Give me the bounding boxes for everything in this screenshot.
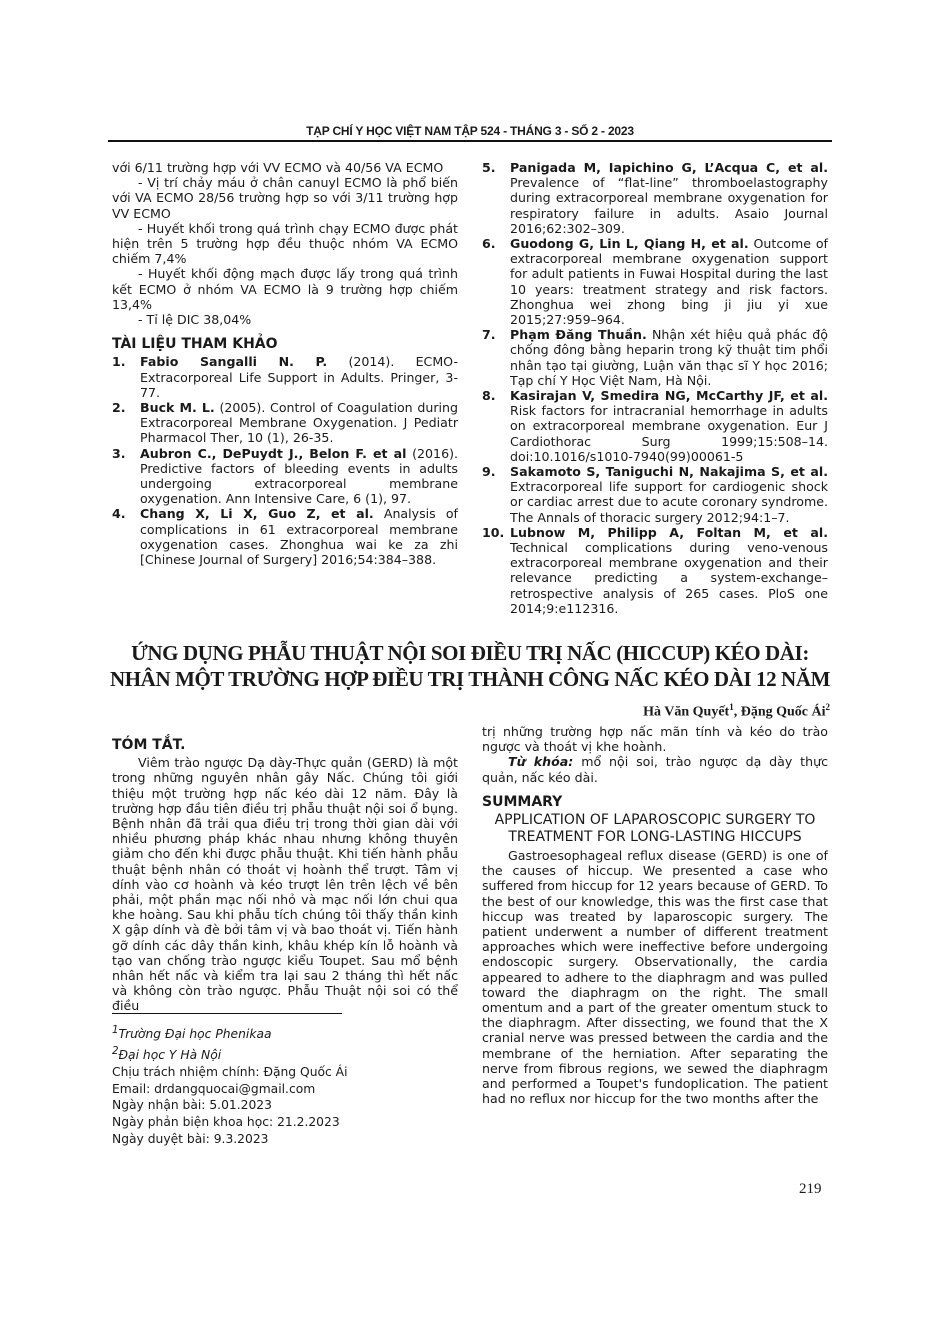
author-name: Hà Văn Quyết (643, 705, 729, 720)
reference-item: 1. Fabio Sangalli N. P. (2014). ECMO-Ext… (112, 354, 458, 400)
abstract-text: Viêm trào ngược Dạ dày-Thực quản (GERD) … (112, 755, 458, 1013)
reference-authors: Guodong G, Lin L, Qiang H, et al. (510, 236, 749, 251)
author-list: Hà Văn Quyết1, Đặng Quốc Ái2 (643, 702, 830, 721)
article-title-line: ỨNG DỤNG PHẪU THUẬT NỘI SOI ĐIỀU TRỊ NẤC… (108, 640, 832, 666)
footnotes: 1Trường Đại học Phenikaa 2Đại học Y Hà N… (112, 1022, 348, 1148)
summary-text: Gastroesophageal reflux disease (GERD) i… (482, 848, 828, 1106)
summary-title: APPLICATION OF LAPAROSCOPIC SURGERY TO T… (482, 812, 828, 846)
results-paragraph: - Huyết khối trong quá trình chạy ECMO đ… (112, 221, 458, 267)
reference-item: 5. Panigada M, Iapichino G, L’Acqua C, e… (482, 160, 828, 236)
results-paragraph: với 6/11 trường hợp với VV ECMO và 40/56… (112, 160, 458, 175)
journal-header: TẠP CHÍ Y HỌC VIỆT NAM TẬP 524 - THÁNG 3… (108, 124, 832, 138)
keywords: Từ khóa: mổ nội soi, trào ngược dạ dày t… (482, 754, 828, 784)
header-rule (108, 140, 832, 142)
reference-authors: Aubron C., DePuydt J., Belon F. et al (140, 446, 406, 461)
abstract-text-continued: trị những trường hợp nấc mãn tính và kéo… (482, 724, 828, 754)
reference-item: 7. Phạm Đăng Thuần. Nhận xét hiệu quả ph… (482, 327, 828, 388)
reference-authors: Sakamoto S, Taniguchi N, Nakajima S, et … (510, 464, 828, 479)
date-reviewed: Ngày phản biện khoa học: 21.2.2023 (112, 1114, 348, 1131)
reference-item: 2. Buck M. L. (2005). Control of Coagula… (112, 400, 458, 446)
left-column-top: với 6/11 trường hợp với VV ECMO và 40/56… (112, 160, 458, 567)
reference-authors: Buck M. L. (140, 400, 215, 415)
reference-item: 9. Sakamoto S, Taniguchi N, Nakajima S, … (482, 464, 828, 525)
affiliation-1: 1Trường Đại học Phenikaa (112, 1022, 348, 1043)
page-number: 219 (799, 1181, 822, 1198)
reference-authors: Kasirajan V, Smedira NG, McCarthy JF, et… (510, 388, 828, 403)
right-column-top: 5. Panigada M, Iapichino G, L’Acqua C, e… (482, 160, 828, 616)
reference-item: 8. Kasirajan V, Smedira NG, McCarthy JF,… (482, 388, 828, 464)
reference-authors: Chang X, Li X, Guo Z, et al. (140, 506, 374, 521)
reference-authors: Lubnow M, Philipp A, Foltan M, et al. (510, 525, 828, 540)
affiliation-2: 2Đại học Y Hà Nội (112, 1043, 348, 1064)
date-accepted: Ngày duyệt bài: 9.3.2023 (112, 1131, 348, 1148)
reference-authors: Panigada M, Iapichino G, L’Acqua C, et a… (510, 160, 828, 175)
date-received: Ngày nhận bài: 5.01.2023 (112, 1097, 348, 1114)
left-column-abstract: TÓM TẮT. Viêm trào ngược Dạ dày-Thực quả… (112, 738, 458, 1014)
results-paragraph: - Tỉ lệ DIC 38,04% (112, 312, 458, 327)
email: Email: drdangquocai@gmail.com (112, 1081, 348, 1098)
reference-authors: Fabio Sangalli N. P. (140, 354, 327, 369)
results-paragraph: - Huyết khối động mạch được lấy trong qu… (112, 266, 458, 312)
reference-authors: Phạm Đăng Thuần. (510, 327, 647, 342)
article-title: ỨNG DỤNG PHẪU THUẬT NỘI SOI ĐIỀU TRỊ NẤC… (108, 640, 832, 692)
summary-heading: SUMMARY (482, 795, 828, 810)
abstract-heading: TÓM TẮT. (112, 738, 458, 753)
author-name: Đặng Quốc Ái (741, 705, 826, 720)
corresponding-author: Chịu trách nhiệm chính: Đặng Quốc Ái (112, 1064, 348, 1081)
reference-item: 6. Guodong G, Lin L, Qiang H, et al. Out… (482, 236, 828, 327)
results-paragraph: - Vị trí chảy máu ở chân canuyl ECMO là … (112, 175, 458, 221)
right-column-abstract: trị những trường hợp nấc mãn tính và kéo… (482, 724, 828, 1106)
reference-item: 10. Lubnow M, Philipp A, Foltan M, et al… (482, 525, 828, 616)
footnote-rule (112, 1013, 342, 1014)
references-heading: TÀI LIỆU THAM KHẢO (112, 337, 458, 352)
reference-item: 3. Aubron C., DePuydt J., Belon F. et al… (112, 446, 458, 507)
article-title-line: NHÂN MỘT TRƯỜNG HỢP ĐIỀU TRỊ THÀNH CÔNG … (108, 666, 832, 692)
reference-item: 4. Chang X, Li X, Guo Z, et al. Analysis… (112, 506, 458, 567)
